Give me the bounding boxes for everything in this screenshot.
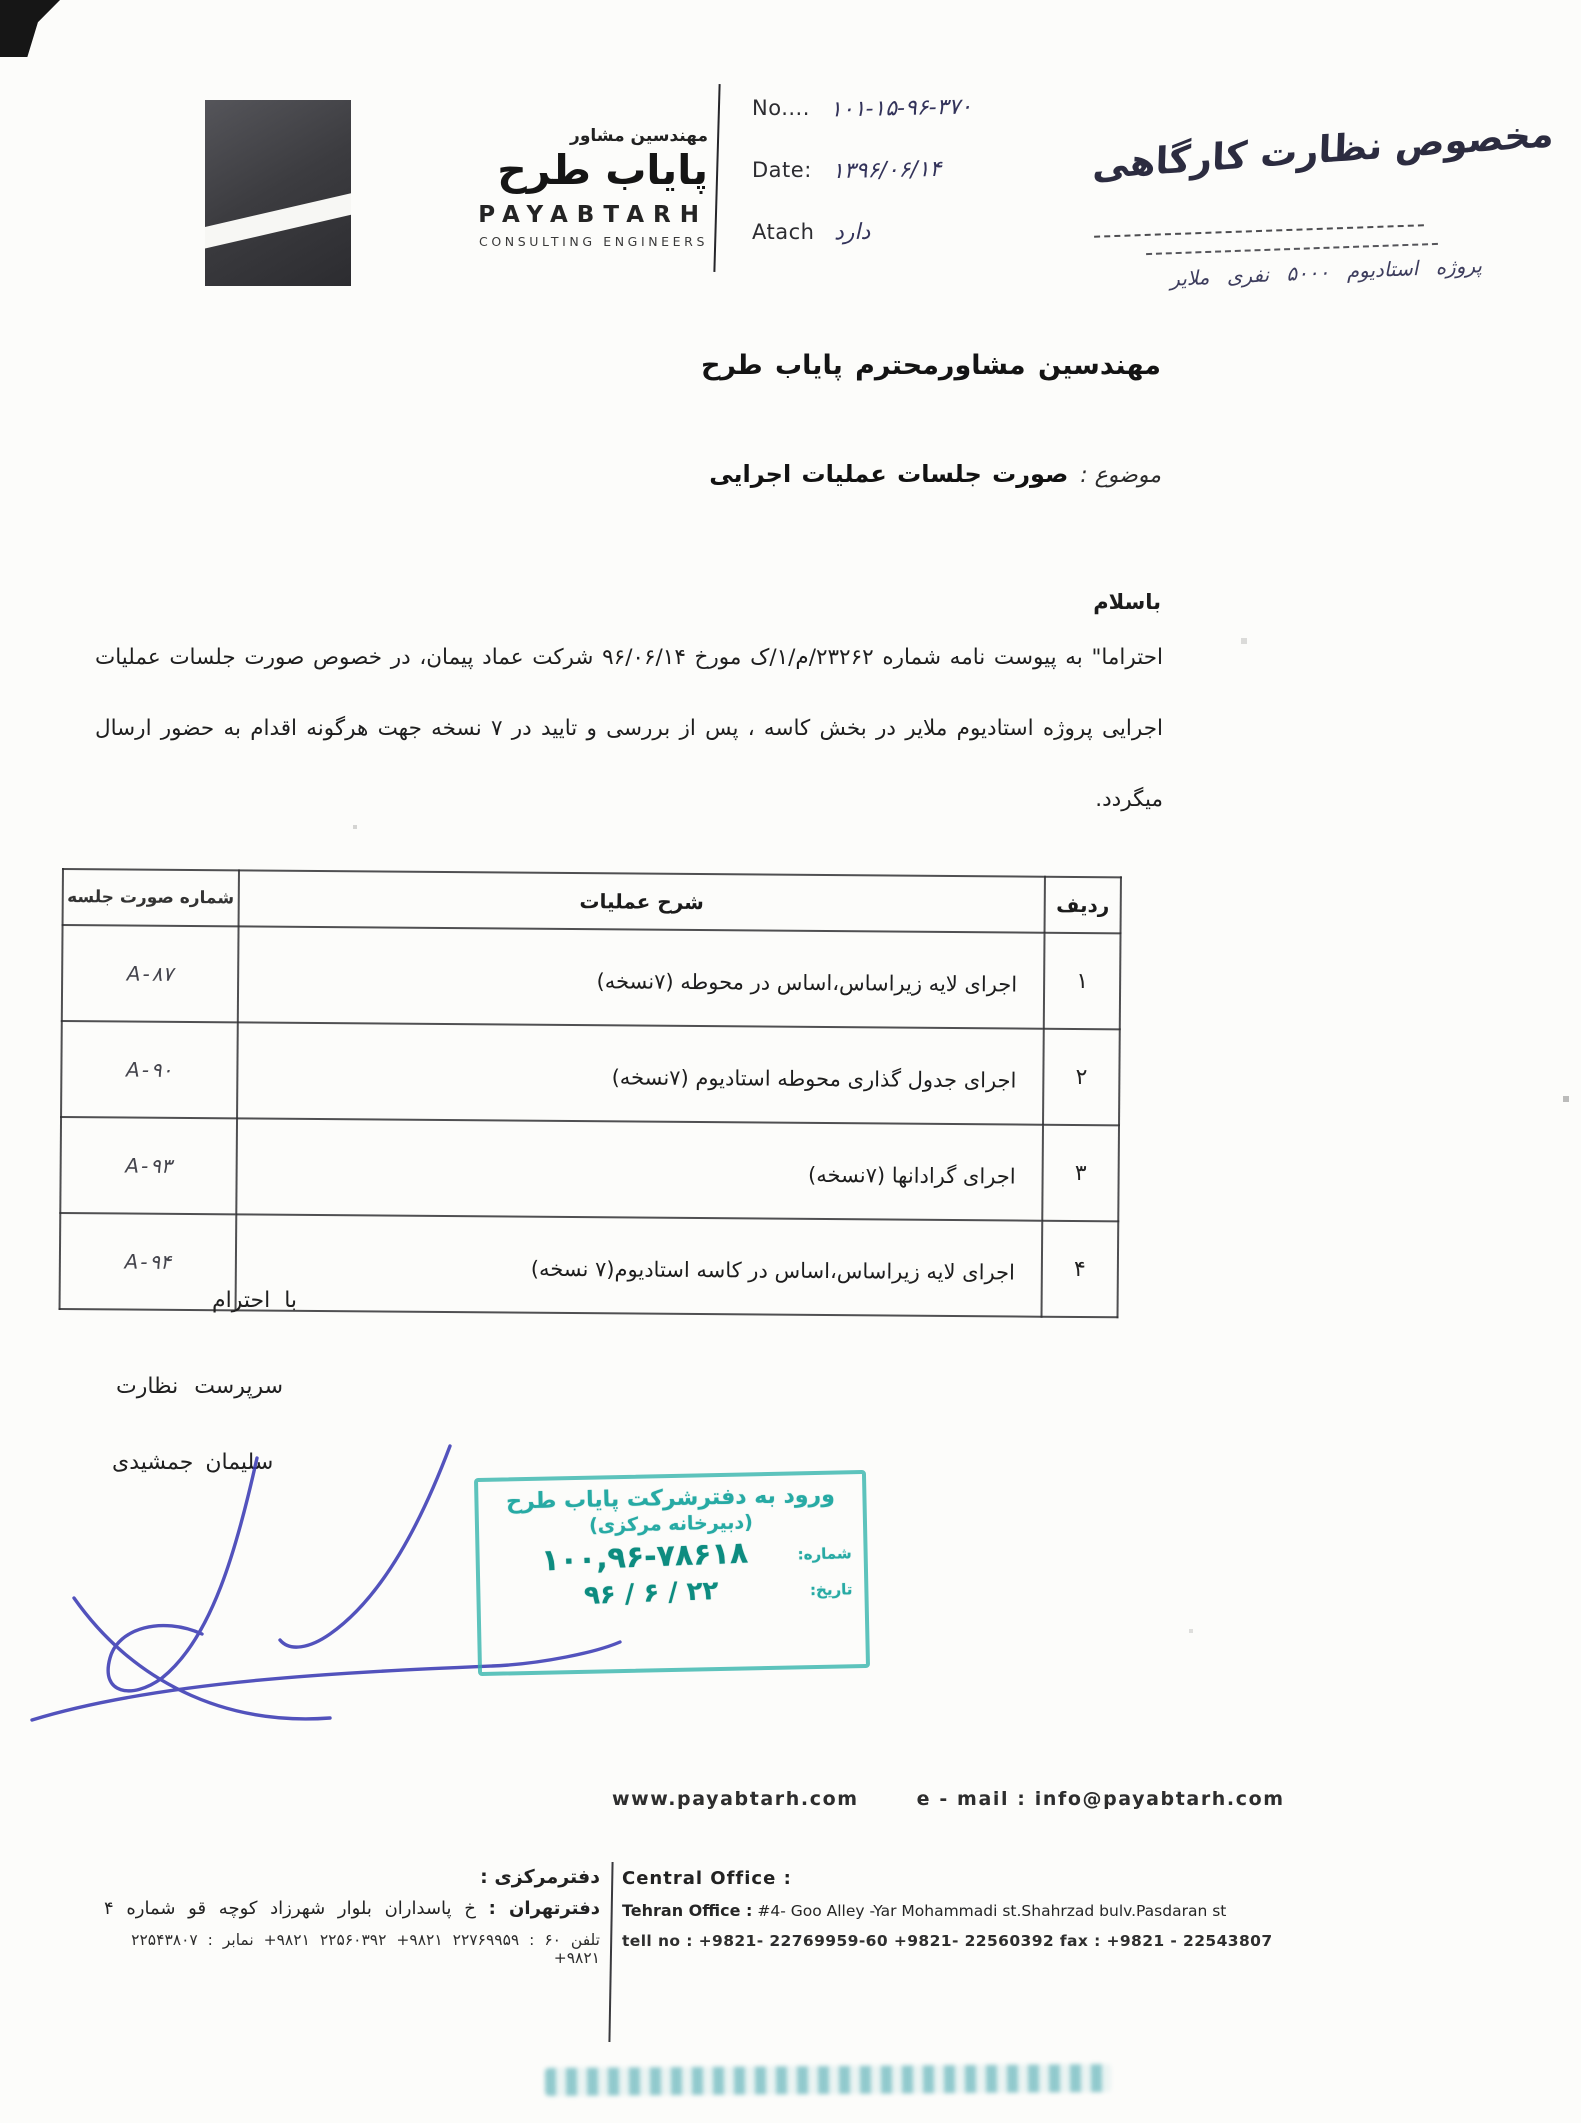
tehran-office-label-fa: دفترتهران :: [489, 1898, 600, 1919]
table-row: ۱ اجرای لایه زیراساس،اساس در محوطه (۷نسخ…: [62, 925, 1121, 1029]
header-operation-desc: شرح عملیات: [238, 870, 1045, 932]
session-number-cell: A-۸۷: [62, 925, 238, 1022]
handnote-underline-1: [1094, 224, 1424, 238]
logo-diagonal-stripe: [205, 188, 351, 251]
tehran-office-address-en: #4- Goo Alley -Yar Mohammadi st.Shahrzad…: [757, 1902, 1226, 1920]
doc-date-value: ۱۳۹۶/۰۶/۱۴: [832, 157, 942, 184]
row-number-cell: ۳: [1042, 1125, 1119, 1222]
handnote-underline-2: [1146, 243, 1438, 255]
scan-corner-artifact: [0, 0, 63, 57]
handnote-subtitle: پروژه استادیوم ۵۰۰۰ نفری ملایر: [1100, 250, 1553, 294]
table-row: ۲ اجرای جدول گذاری محوطه استادیوم (۷نسخه…: [61, 1021, 1120, 1125]
stamp-date-label: تاریخ:: [810, 1580, 853, 1599]
tehran-office-address-fa: خ پاسداران بلوار شهرزاد کوچه قو شماره ۴: [104, 1898, 476, 1919]
subject-text: صورت جلسات عملیات اجرایی: [709, 460, 1068, 488]
doc-date-label: Date:: [752, 158, 812, 182]
body-paragraph: احتراما" به پیوست نامه شماره ۲۳۲۶۲/م/۱/ک…: [95, 626, 1163, 839]
footer-english-office-block: Central Office : Tehran Office : #4- Goo…: [622, 1868, 1566, 1950]
body-line: اجرایی پروژه استادیوم ملایر در بخش کاسه …: [95, 697, 1163, 768]
operation-desc-cell: اجرای گرادانها (۷نسخه): [236, 1118, 1043, 1220]
doc-number-label: No....: [752, 96, 810, 120]
row-number-cell: ۲: [1043, 1029, 1120, 1126]
stamp-number-value: ۱۰۰,۹۶-۷۸۶۱۸: [491, 1534, 798, 1581]
stamp-number-label: شماره:: [798, 1544, 852, 1563]
phone-line-fa: تلفن ۶۰ : ۲۲۷۶۹۹۵۹ ۹۸۲۱+ ۲۲۵۶۰۳۹۲ ۹۸۲۱+ …: [78, 1931, 600, 1967]
table-row: ۳ اجرای گرادانها (۷نسخه) A-۹۳: [60, 1117, 1119, 1221]
body-line: میگردد.: [95, 768, 1163, 839]
stamp-subtitle: (دبیرخانه مرکزی): [491, 1509, 851, 1539]
stamp-date-value: ۹۶ / ۶ / ۲۲: [492, 1572, 811, 1614]
subject-line: موضوع : صورت جلسات عملیات اجرایی: [709, 460, 1161, 488]
doc-attach-row: Atach دارد: [752, 220, 1052, 245]
header-session-number: شماره صورت جلسه: [63, 869, 239, 926]
handnote-title: مخصوص نظارت کارگاهی: [1092, 112, 1562, 188]
session-number-cell: A-۹۴: [60, 1213, 236, 1310]
doc-attach-value: دارد: [834, 220, 871, 246]
footer-persian-office-block: دفترمرکزی : دفترتهران : خ پاسداران بلوار…: [78, 1866, 600, 1967]
stamp-date-row: تاریخ: ۹۶ / ۶ / ۲۲: [492, 1574, 853, 1612]
session-number-cell: A-۹۳: [60, 1117, 236, 1214]
letter-meta-block: No.... ۱۰۱-۱۵-۹۶-۳۷۰ Date: ۱۳۹۶/۰۶/۱۴ At…: [752, 96, 1052, 245]
email-address: e - mail : info@payabtarh.com: [917, 1788, 1285, 1810]
doc-date-row: Date: ۱۳۹۶/۰۶/۱۴: [752, 158, 1052, 183]
entry-stamp: ورود به دفترشرکت پایاب طرح (دبیرخانه مرک…: [474, 1470, 870, 1676]
doc-attach-label: Atach: [752, 220, 814, 244]
row-number-cell: ۱: [1044, 933, 1121, 1030]
row-number-cell: ۴: [1042, 1221, 1119, 1318]
footer-divider: [608, 1862, 613, 2042]
tehran-office-line-en: Tehran Office : #4- Goo Alley -Yar Moham…: [622, 1901, 1566, 1920]
company-logo: [205, 100, 351, 286]
central-office-label-fa: دفترمرکزی :: [78, 1866, 600, 1888]
operation-desc-cell: اجرای جدول گذاری محوطه استادیوم (۷نسخه): [237, 1022, 1044, 1124]
footer-web-line: www.payabtarh.com e - mail : info@payabt…: [612, 1788, 1285, 1810]
doc-number-value: ۱۰۱-۱۵-۹۶-۳۷۰: [830, 95, 972, 123]
scan-specks: [0, 0, 2, 2]
letterhead-divider: [713, 84, 720, 272]
logo-text-block: مهندسین مشاور پایاب طرح PAYABTARH CONSUL…: [356, 126, 708, 249]
table-header-row: ردیف شرح عملیات شماره صورت جلسه: [63, 869, 1121, 933]
stamp-number-row: شماره: ۱۰۰,۹۶-۷۸۶۱۸: [491, 1535, 852, 1578]
brand-subtitle-latin: CONSULTING ENGINEERS: [356, 234, 708, 249]
header-row-number: ردیف: [1045, 877, 1121, 934]
supervisor-role: سرپرست نظارت: [116, 1374, 283, 1399]
regards-line: با احترام: [212, 1288, 297, 1313]
addressee-line: مهندسین مشاورمحترم پایاب طرح: [701, 350, 1161, 381]
body-line: احتراما" به پیوست نامه شماره ۲۳۲۶۲/م/۱/ک…: [95, 626, 1163, 697]
subject-label: موضوع :: [1080, 463, 1161, 488]
brand-name: پایاب طرح: [356, 148, 708, 193]
logo-tagline: مهندسین مشاور: [356, 126, 708, 146]
minutes-table: ردیف شرح عملیات شماره صورت جلسه ۱ اجرای …: [59, 868, 1122, 1318]
central-office-label-en: Central Office :: [622, 1868, 1566, 1889]
operation-desc-cell: اجرای لایه زیراساس،اساس در محوطه (۷نسخه): [238, 926, 1045, 1028]
tehran-office-label-en: Tehran Office :: [622, 1901, 752, 1920]
tehran-office-line-fa: دفترتهران : خ پاسداران بلوار شهرزاد کوچه…: [78, 1898, 600, 1919]
salutation: باسلام: [1093, 590, 1161, 614]
website-url: www.payabtarh.com: [612, 1788, 859, 1810]
brand-name-latin: PAYABTARH: [356, 202, 708, 228]
session-number-cell: A-۹۰: [61, 1021, 237, 1118]
operation-desc-cell: اجرای لایه زیراساس،اساس در کاسه استادیوم…: [235, 1214, 1042, 1316]
doc-number-row: No.... ۱۰۱-۱۵-۹۶-۳۷۰: [752, 96, 1052, 121]
scanned-letter-page: مهندسین مشاور پایاب طرح PAYABTARH CONSUL…: [0, 0, 1581, 2123]
phone-line-en: tell no : +9821- 22769959-60 +9821- 2256…: [622, 1932, 1566, 1950]
bottom-ink-smudge: [545, 2064, 1111, 2096]
